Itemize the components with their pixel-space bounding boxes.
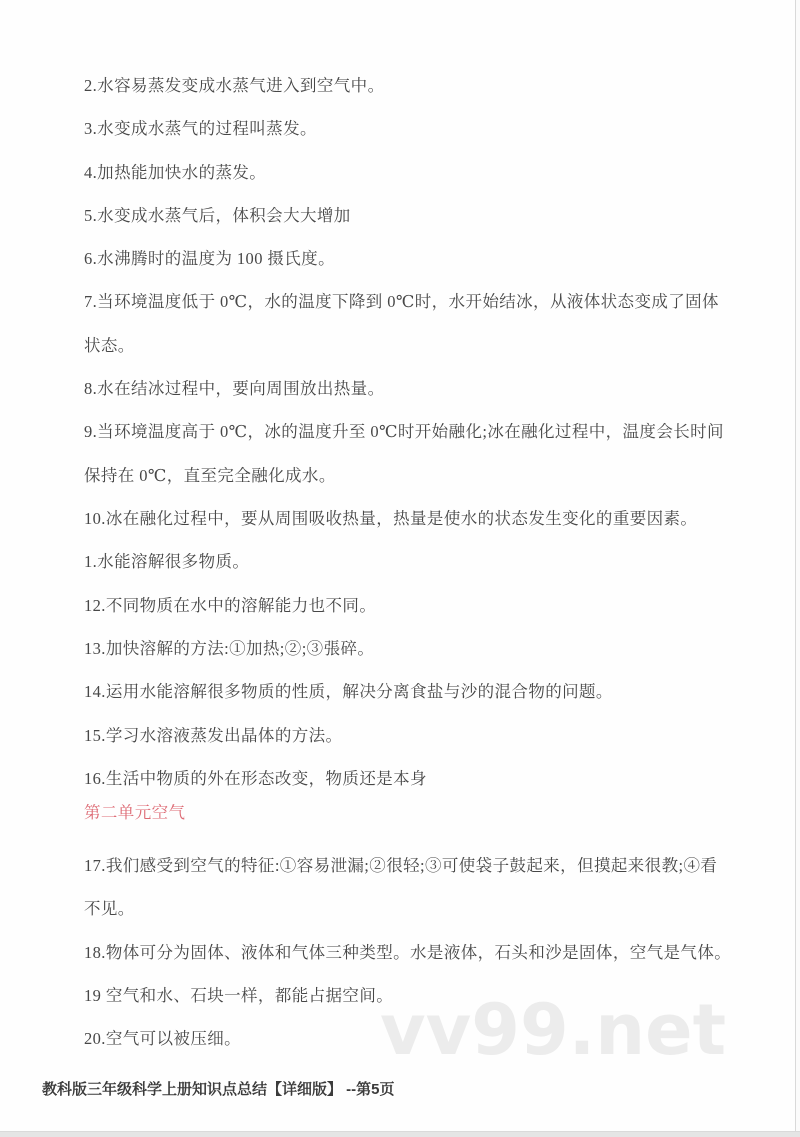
- document-line: 16.生活中物质的外在形态改变，物质还是本身: [84, 767, 764, 790]
- footer-text: 教科版三年级科学上册知识点总结【详细版】 --第5页: [42, 1080, 395, 1100]
- document-line: 18.物体可分为固体、液体和气体三种类型。水是液体，石头和沙是固体，空气是气体。: [84, 941, 764, 964]
- document-line: 17.我们感受到空气的特征:①容易泄漏;②很轻;③可使袋子鼓起来，但摸起来很教;…: [84, 854, 764, 877]
- document-line: 1.水能溶解很多物质。: [84, 550, 764, 573]
- document-line: 15.学习水溶液蒸发出晶体的方法。: [84, 724, 764, 747]
- section-heading: 第二单元空气: [84, 801, 764, 824]
- document-line: 9.当环境温度高于 0℃，冰的温度升至 0℃时开始融化;冰在融化过程中，温度会长…: [84, 420, 764, 443]
- document-page: 2.水容易蒸发变成水蒸气进入到空气中。3.水变成水蒸气的过程叫蒸发。4.加热能加…: [0, 0, 800, 1137]
- document-line: 4.加热能加快水的蒸发。: [84, 161, 764, 184]
- watermark: vv99.net: [380, 995, 726, 1065]
- document-line: 12.不同物质在水中的溶解能力也不同。: [84, 594, 764, 617]
- document-line: 7.当环境温度低于 0℃，水的温度下降到 0℃时，水开始结冰，从液体状态变成了固…: [84, 290, 764, 313]
- bottom-bar: [0, 1131, 800, 1137]
- page-right-margin: [796, 0, 800, 1137]
- document-line: 保持在 0℃，直至完全融化成水。: [84, 464, 764, 487]
- document-line: 14.运用水能溶解很多物质的性质，解决分离食盐与沙的混合物的问题。: [84, 680, 764, 703]
- document-line: 不见。: [84, 897, 764, 920]
- document-line: 3.水变成水蒸气的过程叫蒸发。: [84, 117, 764, 140]
- document-line: 2.水容易蒸发变成水蒸气进入到空气中。: [84, 74, 764, 97]
- document-line: 状态。: [84, 334, 764, 357]
- document-line: 10.冰在融化过程中，要从周围吸收热量，热量是使水的状态发生变化的重要因素。: [84, 507, 764, 530]
- document-line: 6.水沸腾时的温度为 100 摄氏度。: [84, 247, 764, 270]
- document-line: 5.水变成水蒸气后，体积会大大增加: [84, 204, 764, 227]
- document-line: 8.水在结冰过程中，要向周围放出热量。: [84, 377, 764, 400]
- document-line: 13.加快溶解的方法:①加热;②;③張碎。: [84, 637, 764, 660]
- page-edge-line: [795, 0, 796, 1137]
